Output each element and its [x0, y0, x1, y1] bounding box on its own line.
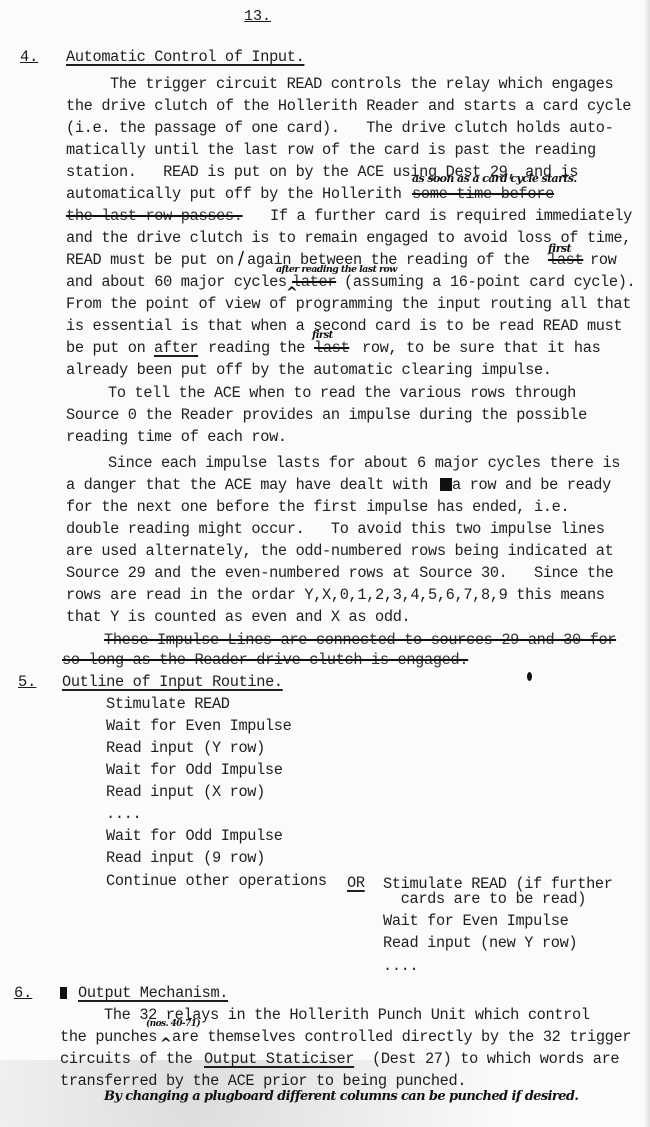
- s4-line-13: be put on: [66, 339, 145, 357]
- s4-line-11: From the point of view of programming th…: [66, 295, 631, 313]
- s4-line-8: and the drive clutch is to remain engage…: [66, 229, 631, 247]
- s4-line-6: automatically put off by the Hollerith: [66, 185, 402, 203]
- s4-para3-line-3: for the next one before the first impuls…: [66, 498, 569, 516]
- section-6-number: 6.: [14, 984, 32, 1002]
- section-5-title: Outline of Input Routine.: [62, 673, 283, 691]
- routine-step-8: Read input (9 row): [106, 849, 265, 867]
- struck-last-1: last: [548, 251, 583, 269]
- routine-step-4: Wait for Odd Impulse: [106, 761, 283, 779]
- routine-alt-3: Wait for Even Impulse: [383, 912, 568, 930]
- struck-last-2: last: [314, 339, 349, 357]
- s4-line-4: matically until the last row of the card…: [66, 141, 596, 159]
- document-page: 13. 4. Automatic Control of Input. The t…: [0, 0, 650, 1127]
- output-staticiser: Output Staticiser: [204, 1050, 354, 1068]
- routine-step-5: Read input (X row): [106, 783, 265, 801]
- s4-line-1: The trigger circuit READ controls the re…: [110, 75, 613, 93]
- routine-step-1: Stimulate READ: [106, 695, 230, 713]
- s6-line-2b: are themselves controlled directly by th…: [172, 1028, 631, 1046]
- s6-line-3: circuits of the: [60, 1050, 192, 1068]
- struck-paragraph-line-2: so long as the Reader drive clutch is en…: [62, 651, 468, 669]
- s4-para3-line-7: rows are read in the ordar Y,X,0,1,2,3,4…: [66, 586, 605, 604]
- struck-some-time-before: some time before: [412, 185, 554, 203]
- s6-line-3b: (Dest 27) to which words are: [372, 1050, 619, 1068]
- routine-step-9: Continue other operations: [106, 872, 327, 890]
- s4-line-14: already been put off by the automatic cl…: [66, 361, 552, 379]
- s4-para3-line-2: a danger that the ACE may have dealt wit…: [66, 476, 428, 494]
- s4-line-2: the drive clutch of the Hollerith Reader…: [66, 97, 631, 115]
- page-number: 13.: [244, 8, 271, 25]
- section-6-title: Output Mechanism.: [78, 984, 228, 1002]
- s4-para3-line-6: Source 29 and the even-numbered rows at …: [66, 564, 613, 582]
- s4-after-underlined: after: [154, 339, 198, 357]
- s4-line-13c: row, to be sure that it has: [362, 339, 600, 357]
- struck-paragraph-line-1: These Impulse Lines are connected to sou…: [104, 631, 616, 649]
- ink-mark: [60, 987, 67, 999]
- routine-alt-5: ....: [383, 957, 418, 975]
- s4-para3-line-1: Since each impulse lasts for about 6 maj…: [108, 454, 620, 472]
- insertion-slash: /: [238, 248, 244, 269]
- routine-step-7: Wait for Odd Impulse: [106, 827, 283, 845]
- s4-para2-line-3: reading time of each row.: [66, 428, 287, 446]
- routine-step-3: Read input (Y row): [106, 739, 265, 757]
- s4-para2-line-2: Source 0 the Reader provides an impulse …: [66, 406, 587, 424]
- s4-line-10b: (assuming a 16-point card cycle).: [344, 273, 635, 291]
- s4-para3-line-5: are used alternately, the odd-numbered r…: [66, 542, 613, 560]
- routine-step-6: ....: [106, 805, 141, 823]
- ink-blot: [440, 478, 452, 491]
- section-4-title: Automatic Control of Input.: [66, 48, 304, 66]
- s4-line-9: READ must be put on: [66, 251, 234, 269]
- page-edge-shadow: [644, 0, 650, 1127]
- routine-alt-2: cards are to be read): [383, 890, 586, 908]
- struck-later: later: [292, 273, 336, 291]
- section-4-number: 4.: [20, 48, 38, 66]
- s4-line-9c: row: [590, 251, 617, 269]
- or-label: OR: [347, 874, 365, 892]
- struck-last-row-passes: the last row passes.: [66, 207, 243, 225]
- s4-para2-line-1: To tell the ACE when to read the various…: [108, 384, 576, 402]
- ink-dot: [527, 672, 532, 681]
- handwritten-as-soon: as soon as a card cycle starts.: [412, 172, 577, 185]
- s4-line-12: is essential is that when a second card …: [66, 317, 622, 335]
- s4-line-7: If a further card is required immediatel…: [270, 207, 632, 225]
- s4-para3-line-2b: a row and be ready: [452, 476, 611, 494]
- s4-line-13b: reading the: [208, 339, 305, 357]
- s4-para3-line-8: that Y is counted as even and X as odd.: [66, 608, 410, 626]
- s6-line-4: transferred by the ACE prior to being pu…: [60, 1072, 466, 1090]
- s4-line-3: (i.e. the passage of one card). The driv…: [66, 119, 613, 137]
- s4-para3-line-4: double reading might occur. To avoid thi…: [66, 520, 605, 538]
- s6-line-2: the punches: [60, 1028, 157, 1046]
- section-5-number: 5.: [18, 673, 36, 691]
- routine-step-2: Wait for Even Impulse: [106, 717, 291, 735]
- s4-line-10: and about 60 major cycles: [66, 273, 287, 291]
- handwritten-plugboard: By changing a plugboard different column…: [104, 1089, 578, 1104]
- routine-alt-4: Read input (new Y row): [383, 934, 577, 952]
